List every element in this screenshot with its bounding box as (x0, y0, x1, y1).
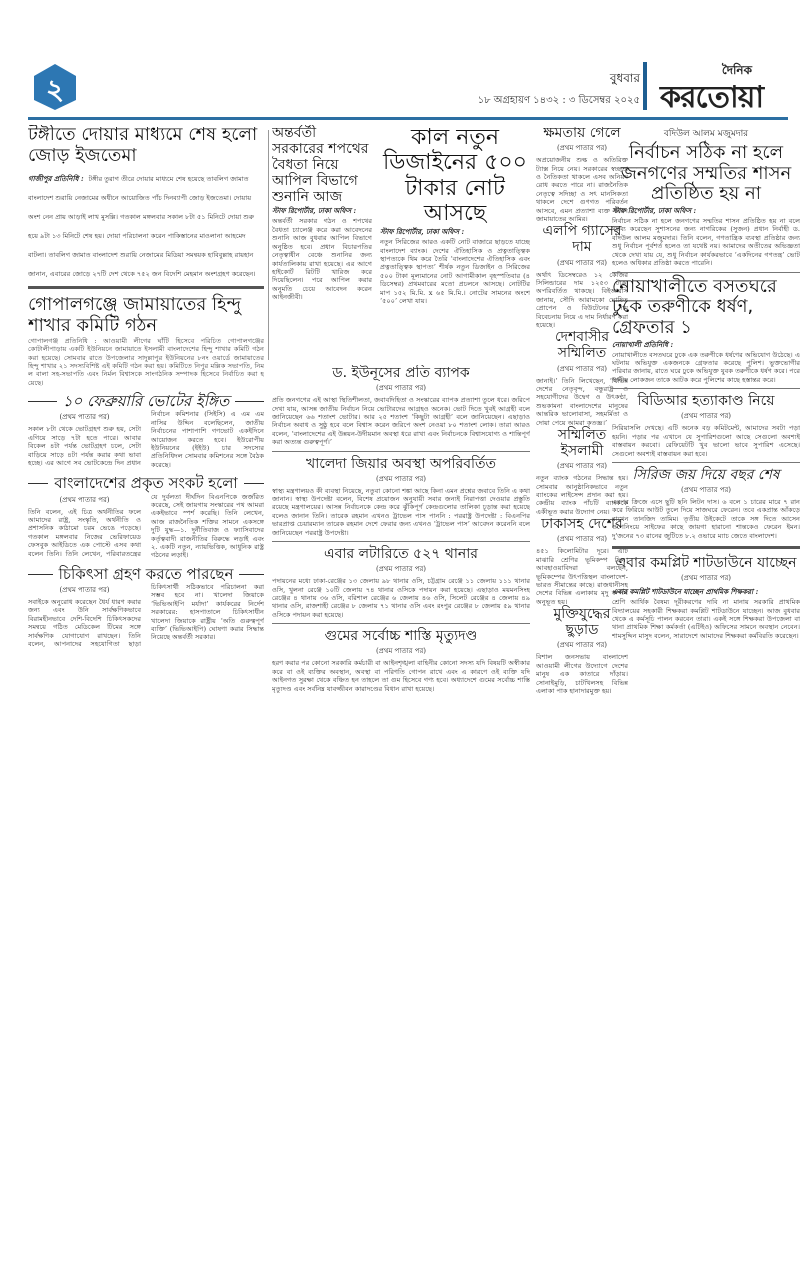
story-body: নির্বাচন সঠিক না হলে জনগণের সম্মতির শাসন… (612, 217, 800, 267)
headline: কাল নতুন ডিজাইনের ৫০০ টাকার নোট আসছে (380, 125, 530, 226)
jump-line: (প্রথম পাতার পর) (612, 484, 800, 496)
jump-line: (প্রথম পাতার পর) (28, 584, 141, 596)
jump-line: (প্রথম পাতার পর) (612, 410, 800, 422)
jump-line: (প্রথম পাতার পর) (28, 494, 141, 506)
jump-line: (প্রথম পাতার পর) (272, 473, 530, 485)
column-right: বদিউল আলম মজুমদার নির্বাচন সঠিক না হলে জ… (612, 125, 800, 1275)
logo-big: করতোয়া (660, 82, 790, 114)
column-middle: ড. ইউনূসের প্রতি ব্যাপক (প্রথম পাতার পর)… (272, 365, 530, 1275)
headline: গুমের সর্বোচ্চ শাস্তি মৃত্যুদণ্ড (272, 628, 530, 644)
headline: চিকিৎসা গ্রহণ করতে পারছেন (28, 566, 264, 583)
story-note500: কাল নতুন ডিজাইনের ৫০০ টাকার নোট আসছে স্ট… (380, 125, 530, 360)
divider (612, 272, 800, 273)
divider (272, 541, 530, 542)
date-block: বুধবার ১৮ অগ্রহায়ণ ১৪৩২ : ৩ ডিসেম্বর ২০… (478, 70, 640, 110)
story-body: পদায়নের মধ্যে ঢাকা-রেঞ্জের ১৩ জেলায় ৯৮… (272, 577, 530, 619)
headline: নির্বাচন সঠিক না হলে জনগণের সম্মতির শাসন… (612, 143, 800, 205)
jump-line: (প্রথম পাতার পর) (272, 563, 530, 575)
story-body: প্রতি জনগণের এই আস্থা স্থিতিশীলতা, জবাবদ… (272, 396, 530, 446)
story-body: নতুন সিরিজের আরও একটি নোট বাজারে ছাড়তে … (380, 238, 530, 305)
column-left: টঙ্গীতে দোয়ার মাধ্যমে শেষ হলো জোড় ইজতে… (28, 125, 264, 1275)
story-gopalganj: গোপালগঞ্জে জামায়াতের হিন্দু শাখার কমিটি… (28, 295, 264, 387)
divider (272, 623, 530, 624)
story-crisis: (প্রথম পাতার পর) তিনি বলেন, এই চিত্র অর্… (28, 493, 264, 560)
headline: গোপালগঞ্জে জামায়াতের হিন্দু শাখার কমিটি… (28, 295, 264, 336)
divider (612, 462, 800, 463)
divider (612, 388, 800, 389)
headline: খালেদা জিয়ার অবস্থা অপরিবর্তিত (272, 456, 530, 472)
weekday: বুধবার (478, 70, 640, 90)
jump-line: (প্রথম পাতার পর) (272, 382, 530, 394)
column-rule (268, 130, 269, 360)
story-body: গোপালগঞ্জ প্রতিনিধি : আওয়ামী লীগের ঘাঁট… (28, 337, 264, 387)
logo-small: দৈনিক (660, 62, 790, 82)
story-ten-feb: (প্রথম পাতার পর) সকাল ৮টা থেকে ভোটগ্রহণ … (28, 410, 264, 469)
masthead-rule (28, 117, 788, 120)
story-body: শ্রেণি আর্থিক বৈষম্য দূরীকরণের দাবি না ম… (612, 598, 800, 640)
subhead: এবার কমপ্লিট শাটডাউনে যাচ্ছেন প্রাথমিক শ… (612, 586, 800, 598)
story-body: সিরিয়াসলি দেখছে। এটি অনেক বড় কমিটমেন্ট… (612, 424, 800, 458)
masthead: ২ বুধবার ১৮ অগ্রহায়ণ ১৪৩২ : ৩ ডিসেম্বর … (0, 0, 800, 120)
page-number: ২ (30, 68, 80, 115)
jump-line: (প্রথম পাতার পর) (28, 411, 141, 423)
divider (612, 546, 800, 549)
story-body: নোয়াখালীতে বসতঘরে ঢুকে এক তরুণীকে ধর্ষণ… (612, 351, 800, 385)
headline: বিডিআর হত্যাকাণ্ড নিয়ে (612, 393, 800, 409)
byline: স্টাফ রিপোর্টার, ঢাকা অফিস : (380, 226, 530, 238)
headline: টঙ্গীতে দোয়ার মাধ্যমে শেষ হলো জোড় ইজতে… (28, 125, 264, 166)
headline: সিরিজ জয় দিয়ে বছর শেষ (612, 467, 800, 483)
byline: নোয়াখালী প্রতিনিধি : (612, 339, 800, 351)
byline: স্টাফ রিপোর্টার, ঢাকা অফিস : (272, 205, 372, 217)
date-line: ১৮ অগ্রহায়ণ ১৪৩২ : ৩ ডিসেম্বর ২০২৫ (478, 93, 640, 110)
newspaper-logo: দৈনিক করতোয়া (660, 62, 790, 114)
story-interim: অন্তর্বর্তী সরকারের শপথের বৈধতা নিয়ে আপ… (272, 125, 372, 360)
jump-line: (প্রথম পাতার পর) (612, 572, 800, 584)
story-body: হরণ করার পর কোনো সরকারি কর্মচারী বা আইনশ… (272, 659, 530, 693)
headline: ১০ ফেব্রুয়ারি ভোটের ইঙ্গিত (28, 393, 264, 410)
headline: বাংলাদেশের প্রকৃত সংকট হলো (28, 475, 264, 492)
headline: ড. ইউনূসের প্রতি ব্যাপক (272, 365, 530, 381)
story-body: স্বাস্থ্য মন্ত্রণালয়ও কী ব্যবস্থা নিয়ে… (272, 487, 530, 537)
headline: এবার লটারিতে ৫২৭ থানার (272, 546, 530, 562)
story-body: টঙ্গীর তুরাগ তীরে দোয়ার মাধ্যমে শেষ হয়… (28, 175, 256, 278)
headline: এবার কমপ্লিট শাটডাউনে যাচ্ছেন (612, 555, 800, 571)
headline: নোয়াখালীতে বসতঘরে ঢুকে তরুণীকে ধর্ষণ, গ… (612, 277, 800, 339)
jump-line: (প্রথম পাতার পর) (272, 645, 530, 657)
kicker: বদিউল আলম মজুমদার (612, 126, 800, 141)
story-body: এরপর ক্রিজে এসে ছুটি ছনি লিটন দাস। ৬ বলে… (612, 498, 800, 540)
story-ijtema: টঙ্গীতে দোয়ার মাধ্যমে শেষ হলো জোড় ইজতে… (28, 125, 264, 280)
page-number-badge: ২ (30, 62, 80, 112)
divider (28, 286, 264, 289)
divider (272, 451, 530, 452)
byline: স্টাফ রিপোর্টার, ঢাকা অফিস : (612, 205, 800, 217)
story-treatment: (প্রথম পাতার পর) সবাইকে অনুরোধ করেছেন ধৈ… (28, 583, 264, 648)
story-body: অন্তর্বর্তী সরকার গঠন ও শপথের বৈধতা চ্যা… (272, 217, 372, 301)
byline: গাজীপুর প্রতিনিধি : (28, 174, 84, 183)
masthead-divider (643, 62, 647, 110)
headline: অন্তর্বর্তী সরকারের শপথের বৈধতা নিয়ে আপ… (272, 125, 372, 205)
